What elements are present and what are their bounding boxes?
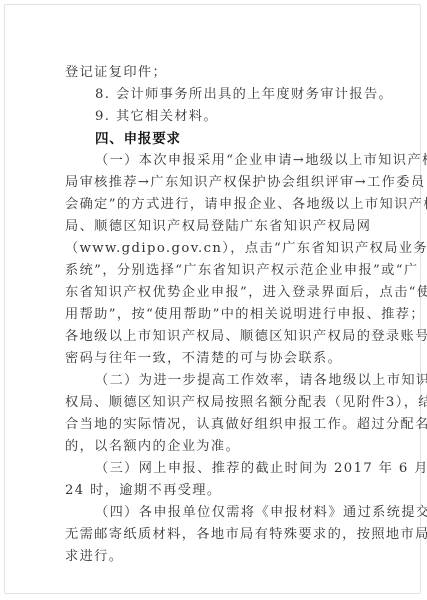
paragraph-line: （四）各申报单位仅需将《申报材料》通过系统提交， [65, 502, 365, 524]
paragraph-line: 用帮助”，按“使用帮助”中的相关说明进行申报、推荐； [65, 304, 365, 326]
paragraph-line: （二）为进一步提高工作效率，请各地级以上市知识产 [65, 370, 365, 392]
list-item-8-audit-report: 8. 会计师事务所出具的上年度财务审计报告。 [65, 84, 365, 106]
paragraph-line: 密码与往年一致，不清楚的可与协会联系。 [65, 348, 365, 370]
paragraph-line: 权局、顺德区知识产权局按照名额分配表（见附件3），结 [65, 392, 365, 414]
paragraph-line: 会确定”的方式进行，请申报企业、各地级以上市知识产权 [65, 194, 365, 216]
paragraph-line-deadline: （三）网上申报、推荐的截止时间为 2017 年 6 月 30 日 [65, 458, 365, 480]
paragraph-line: 的，以名额内的企业为准。 [65, 436, 365, 458]
paragraph-line-website: （www.gdipo.gov.cn），点击“广东省知识产权局业务管理 [65, 238, 365, 260]
text-line-registration-copy: 登记证复印件； [65, 62, 365, 84]
paragraph-line: 无需邮寄纸质材料，各地市局有特殊要求的，按照地市局要 [65, 524, 365, 546]
paragraph-line: 局、顺德区知识产权局登陆广东省知识产权局网 [65, 216, 365, 238]
paragraph-1-application-process: （一）本次申报采用“企业申请→地级以上市知识产权 局审核推荐→广东知识产权保护协… [65, 150, 365, 370]
paragraph-line: 系统”，分别选择“广东省知识产权示范企业申报”或“广 [65, 260, 365, 282]
document-page: 登记证复印件； 8. 会计师事务所出具的上年度财务审计报告。 9. 其它相关材料… [4, 4, 421, 594]
paragraph-4-submission: （四）各申报单位仅需将《申报材料》通过系统提交， 无需邮寄纸质材料，各地市局有特… [65, 502, 365, 568]
paragraph-3-deadline: （三）网上申报、推荐的截止时间为 2017 年 6 月 30 日 24 时，逾期… [65, 458, 365, 502]
section-heading-requirements: 四、申报要求 [65, 128, 365, 150]
paragraph-line: 求进行。 [65, 546, 365, 568]
paragraph-2-quota: （二）为进一步提高工作效率，请各地级以上市知识产 权局、顺德区知识产权局按照名额… [65, 370, 365, 458]
paragraph-line: 局审核推荐→广东知识产权保护协会组织评审→工作委员 [65, 172, 365, 194]
paragraph-line: 东省知识产权优势企业申报”，进入登录界面后，点击“使 [65, 282, 365, 304]
paragraph-line: 各地级以上市知识产权局、顺德区知识产权局的登录账号及 [65, 326, 365, 348]
list-item-9-other-materials: 9. 其它相关材料。 [65, 106, 365, 128]
paragraph-line: 24 时，逾期不再受理。 [65, 480, 365, 502]
paragraph-line: 合当地的实际情况，认真做好组织申报工作。超过分配名额 [65, 414, 365, 436]
paragraph-line: （一）本次申报采用“企业申请→地级以上市知识产权 [65, 150, 365, 172]
document-body: 登记证复印件； 8. 会计师事务所出具的上年度财务审计报告。 9. 其它相关材料… [65, 62, 365, 568]
